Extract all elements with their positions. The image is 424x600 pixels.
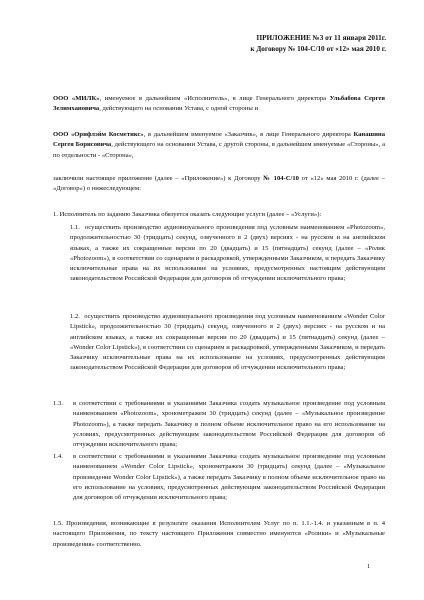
clause-1-3: 1.3.в соответствии с требованиями и указ… [53,399,385,450]
contract-reference: к Договору № 104-С/10 от «12» мая 2010 г… [250,44,386,54]
appendix-title: ПРИЛОЖЕНИЕ №3 от 11 января 2011г. [257,33,386,43]
clause-1-4: 1.4.в соответствии с требованиями и указ… [53,452,385,503]
intro-paragraph: заключили настоящее приложение (далее – … [53,174,385,195]
page-number: 1 [367,563,370,570]
contract-number: № 104-С/10 [263,175,299,182]
party-customer-paragraph: ООО «Орифлэйм Косметикс», в дальнейшем и… [53,130,385,161]
customer-name: ООО «Орифлэйм Косметикс» [53,131,144,138]
executor-name: ООО «МИЛК» [53,95,100,102]
party-executor-paragraph: ООО «МИЛК», именуемое в дальнейшем «Испо… [53,94,385,115]
clause-1-1: 1.1. осуществить производство аудиовизуа… [70,223,385,285]
section-1-title: 1. Исполнитель по заданию Заказчика обяз… [53,210,385,220]
clause-1-2: 1.2. осуществить производство аудиовизуа… [70,312,385,374]
clause-1-5: 1.5. Произведения, возникающие в результ… [53,519,385,550]
document-page: ПРИЛОЖЕНИЕ №3 от 11 января 2011г. к Дого… [0,0,424,600]
